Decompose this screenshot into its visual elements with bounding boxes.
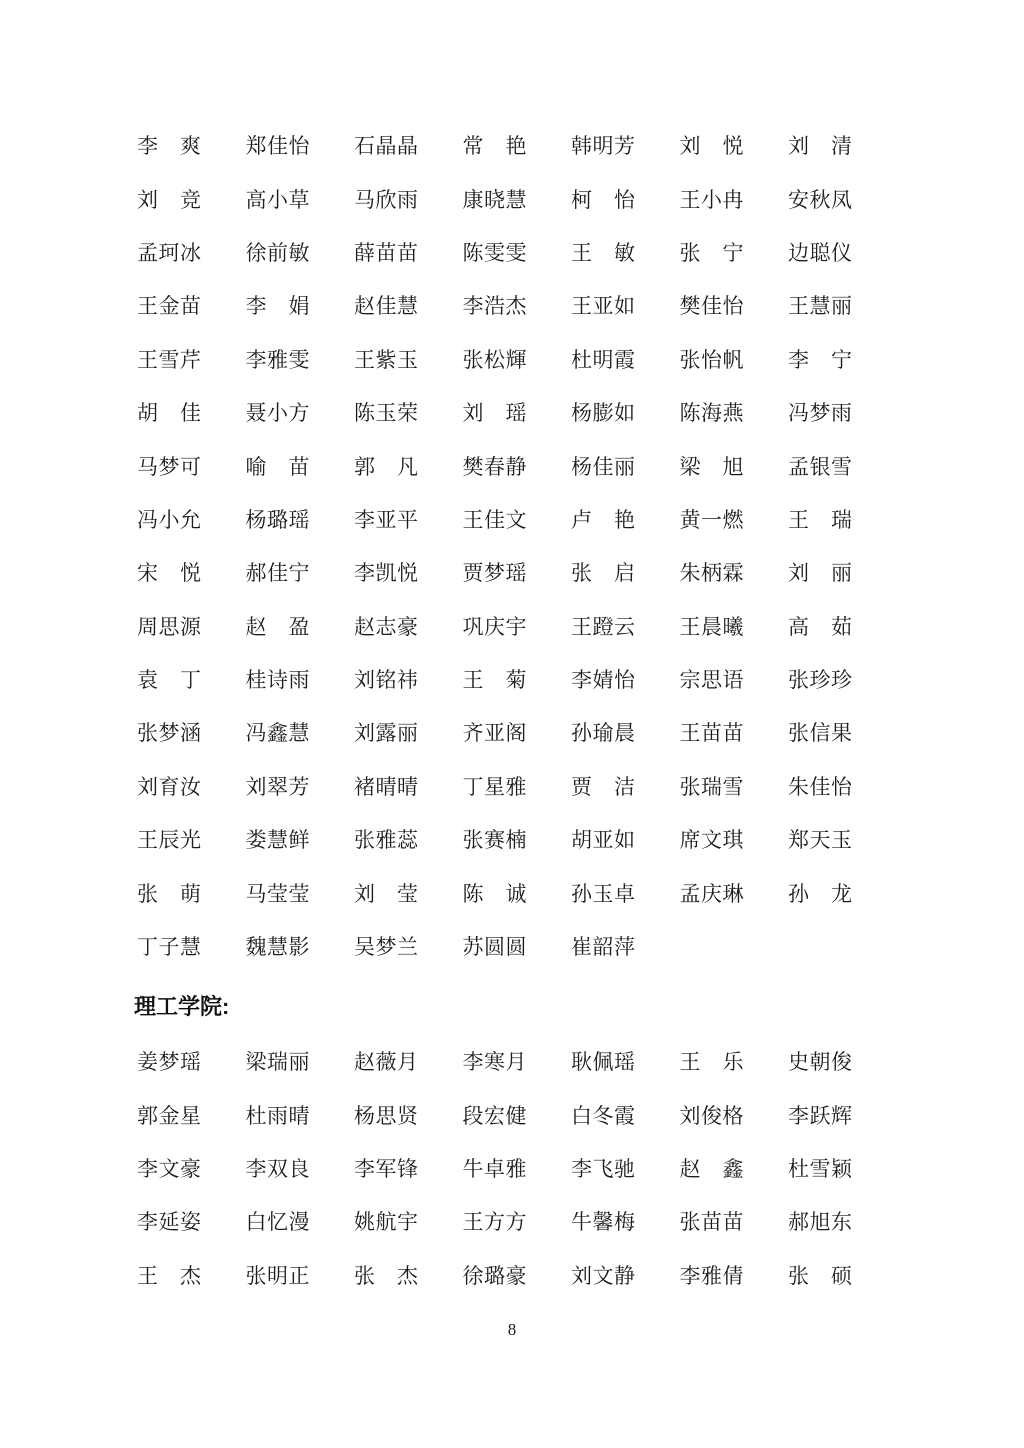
name-cell: 郭金星 xyxy=(137,1106,202,1127)
name-cell: 马莹莹 xyxy=(246,884,311,905)
name-grid-section1: 李 爽郑佳怡石晶晶常 艳韩明芳刘 悦刘 清刘 竞高小草马欣雨康晓慧柯 怡王小冉安… xyxy=(137,120,897,974)
name-cell: 刘 莹 xyxy=(354,884,419,905)
name-cell: 王方方 xyxy=(463,1212,528,1233)
name-cell: 赵薇月 xyxy=(354,1052,419,1073)
name-cell: 贾梦瑶 xyxy=(463,563,528,584)
name-cell: 李雅雯 xyxy=(246,350,311,371)
name-cell: 郑佳怡 xyxy=(246,136,311,157)
name-cell: 李 爽 xyxy=(137,136,202,157)
name-cell: 耿佩瑶 xyxy=(571,1052,636,1073)
name-cell: 黄一燃 xyxy=(680,510,745,531)
name-cell: 王 乐 xyxy=(680,1052,745,1073)
name-cell: 孟庆琳 xyxy=(680,884,745,905)
name-cell: 吴梦兰 xyxy=(354,937,419,958)
name-cell: 聂小方 xyxy=(246,403,311,424)
name-cell: 李 娟 xyxy=(246,296,311,317)
name-cell: 孟银雪 xyxy=(788,457,853,478)
page-number: 8 xyxy=(0,1320,1024,1340)
name-cell: 宋 悦 xyxy=(137,563,202,584)
name-cell: 席文琪 xyxy=(680,830,745,851)
name-cell: 赵 盈 xyxy=(246,617,311,638)
document-page: 李 爽郑佳怡石晶晶常 艳韩明芳刘 悦刘 清刘 竞高小草马欣雨康晓慧柯 怡王小冉安… xyxy=(0,0,1024,1448)
name-cell: 姜梦瑶 xyxy=(137,1052,202,1073)
name-cell: 赵志豪 xyxy=(354,617,419,638)
name-cell: 张赛楠 xyxy=(463,830,528,851)
name-cell: 张雅蕊 xyxy=(354,830,419,851)
name-cell: 张 宁 xyxy=(680,243,745,264)
name-cell: 马梦可 xyxy=(137,457,202,478)
name-cell: 刘 瑶 xyxy=(463,403,528,424)
name-cell: 刘 清 xyxy=(788,136,853,157)
name-cell: 胡亚如 xyxy=(571,830,636,851)
name-cell: 张 杰 xyxy=(354,1266,419,1287)
name-cell: 杜明霞 xyxy=(571,350,636,371)
name-cell: 李 宁 xyxy=(788,350,853,371)
section-heading: 理工学院: xyxy=(134,994,229,1020)
name-cell: 刘俊格 xyxy=(680,1106,745,1127)
name-cell: 袁 丁 xyxy=(137,670,202,691)
name-cell: 张 启 xyxy=(571,563,636,584)
name-cell: 张苗苗 xyxy=(680,1212,745,1233)
name-cell: 娄慧鲜 xyxy=(246,830,311,851)
name-cell: 刘翠芳 xyxy=(246,777,311,798)
name-cell: 陈海燕 xyxy=(680,403,745,424)
name-cell: 张 硕 xyxy=(788,1266,853,1287)
name-cell: 牛馨梅 xyxy=(571,1212,636,1233)
name-cell: 刘 竞 xyxy=(137,190,202,211)
name-cell: 杨璐瑶 xyxy=(246,510,311,531)
name-cell: 孙 龙 xyxy=(788,884,853,905)
name-cell: 李双良 xyxy=(246,1159,311,1180)
name-cell: 冯鑫慧 xyxy=(246,723,311,744)
name-cell: 李婧怡 xyxy=(571,670,636,691)
name-cell: 赵佳慧 xyxy=(354,296,419,317)
name-cell: 孙瑜晨 xyxy=(571,723,636,744)
name-cell: 石晶晶 xyxy=(354,136,419,157)
name-cell: 梁 旭 xyxy=(680,457,745,478)
name-cell: 张松輝 xyxy=(463,350,528,371)
name-cell: 王苗苗 xyxy=(680,723,745,744)
name-cell: 郝旭东 xyxy=(788,1212,853,1233)
name-cell: 丁星雅 xyxy=(463,777,528,798)
name-cell: 常 艳 xyxy=(463,136,528,157)
name-cell: 陈 诚 xyxy=(463,884,528,905)
name-cell: 张信果 xyxy=(788,723,853,744)
name-cell: 卢 艳 xyxy=(571,510,636,531)
name-cell: 冯梦雨 xyxy=(788,403,853,424)
name-cell: 牛卓雅 xyxy=(463,1159,528,1180)
name-cell: 杜雪颖 xyxy=(788,1159,853,1180)
name-cell: 李延姿 xyxy=(137,1212,202,1233)
name-cell: 边聪仪 xyxy=(788,243,853,264)
name-cell: 李飞驰 xyxy=(571,1159,636,1180)
name-cell: 刘铭祎 xyxy=(354,670,419,691)
name-cell: 巩庆宇 xyxy=(463,617,528,638)
name-cell: 宗思语 xyxy=(680,670,745,691)
name-cell: 张梦涵 xyxy=(137,723,202,744)
name-cell: 王 菊 xyxy=(463,670,528,691)
name-cell: 齐亚阁 xyxy=(463,723,528,744)
name-cell: 张瑞雪 xyxy=(680,777,745,798)
name-cell: 冯小允 xyxy=(137,510,202,531)
name-cell: 刘育汝 xyxy=(137,777,202,798)
name-cell: 柯 怡 xyxy=(571,190,636,211)
name-cell: 魏慧影 xyxy=(246,937,311,958)
name-cell: 史朝俊 xyxy=(788,1052,853,1073)
name-cell: 朱柄霖 xyxy=(680,563,745,584)
name-cell: 王蹬云 xyxy=(571,617,636,638)
name-cell: 康晓慧 xyxy=(463,190,528,211)
name-cell: 樊佳怡 xyxy=(680,296,745,317)
name-cell: 李寒月 xyxy=(463,1052,528,1073)
name-cell: 王 敏 xyxy=(571,243,636,264)
name-cell: 安秋凤 xyxy=(788,190,853,211)
name-cell: 白忆漫 xyxy=(246,1212,311,1233)
name-cell: 王紫玉 xyxy=(354,350,419,371)
name-cell: 徐前敏 xyxy=(246,243,311,264)
name-cell: 王 瑞 xyxy=(788,510,853,531)
name-cell: 王慧丽 xyxy=(788,296,853,317)
name-cell: 王金苗 xyxy=(137,296,202,317)
name-cell: 孟珂冰 xyxy=(137,243,202,264)
name-cell: 杨思贤 xyxy=(354,1106,419,1127)
name-cell: 郑天玉 xyxy=(788,830,853,851)
name-cell: 王雪芹 xyxy=(137,350,202,371)
name-cell: 张 萌 xyxy=(137,884,202,905)
name-cell: 李跃辉 xyxy=(788,1106,853,1127)
name-cell: 苏圆圆 xyxy=(463,937,528,958)
name-cell: 李亚平 xyxy=(354,510,419,531)
name-cell: 杨膨如 xyxy=(571,403,636,424)
name-cell: 樊春静 xyxy=(463,457,528,478)
name-cell: 褚晴晴 xyxy=(354,777,419,798)
name-cell: 薛苗苗 xyxy=(354,243,419,264)
name-cell: 刘 悦 xyxy=(680,136,745,157)
name-cell: 王 杰 xyxy=(137,1266,202,1287)
name-cell: 陈玉荣 xyxy=(354,403,419,424)
name-cell: 李雅倩 xyxy=(680,1266,745,1287)
name-cell: 崔韶萍 xyxy=(571,937,636,958)
name-cell: 李凯悦 xyxy=(354,563,419,584)
name-cell: 白冬霞 xyxy=(571,1106,636,1127)
name-cell: 陈雯雯 xyxy=(463,243,528,264)
name-cell: 段宏健 xyxy=(463,1106,528,1127)
name-cell: 高 茹 xyxy=(788,617,853,638)
name-cell: 郝佳宁 xyxy=(246,563,311,584)
name-cell: 张明正 xyxy=(246,1266,311,1287)
name-cell: 郭 凡 xyxy=(354,457,419,478)
name-cell: 徐璐豪 xyxy=(463,1266,528,1287)
name-cell: 王辰光 xyxy=(137,830,202,851)
name-cell: 刘文静 xyxy=(571,1266,636,1287)
name-cell: 王佳文 xyxy=(463,510,528,531)
name-cell: 赵 鑫 xyxy=(680,1159,745,1180)
name-cell: 贾 洁 xyxy=(571,777,636,798)
name-cell: 杨佳丽 xyxy=(571,457,636,478)
name-cell: 刘露丽 xyxy=(354,723,419,744)
name-cell: 喻 苗 xyxy=(246,457,311,478)
name-cell: 丁子慧 xyxy=(137,937,202,958)
name-cell: 桂诗雨 xyxy=(246,670,311,691)
name-grid-section2: 姜梦瑶梁瑞丽赵薇月李寒月耿佩瑶王 乐史朝俊郭金星杜雨晴杨思贤段宏健白冬霞刘俊格李… xyxy=(137,1036,897,1303)
name-cell: 马欣雨 xyxy=(354,190,419,211)
name-cell: 梁瑞丽 xyxy=(246,1052,311,1073)
name-cell: 张珍珍 xyxy=(788,670,853,691)
name-cell: 朱佳怡 xyxy=(788,777,853,798)
name-cell: 王亚如 xyxy=(571,296,636,317)
name-cell: 张怡帆 xyxy=(680,350,745,371)
name-cell: 杜雨晴 xyxy=(246,1106,311,1127)
name-cell: 李浩杰 xyxy=(463,296,528,317)
name-cell: 李军锋 xyxy=(354,1159,419,1180)
name-cell: 韩明芳 xyxy=(571,136,636,157)
name-cell: 孙玉卓 xyxy=(571,884,636,905)
name-cell: 王晨曦 xyxy=(680,617,745,638)
name-cell: 胡 佳 xyxy=(137,403,202,424)
name-cell: 高小草 xyxy=(246,190,311,211)
name-cell: 姚航宇 xyxy=(354,1212,419,1233)
name-cell: 刘 丽 xyxy=(788,563,853,584)
name-cell: 周思源 xyxy=(137,617,202,638)
name-cell: 李文豪 xyxy=(137,1159,202,1180)
name-cell: 王小冉 xyxy=(680,190,745,211)
